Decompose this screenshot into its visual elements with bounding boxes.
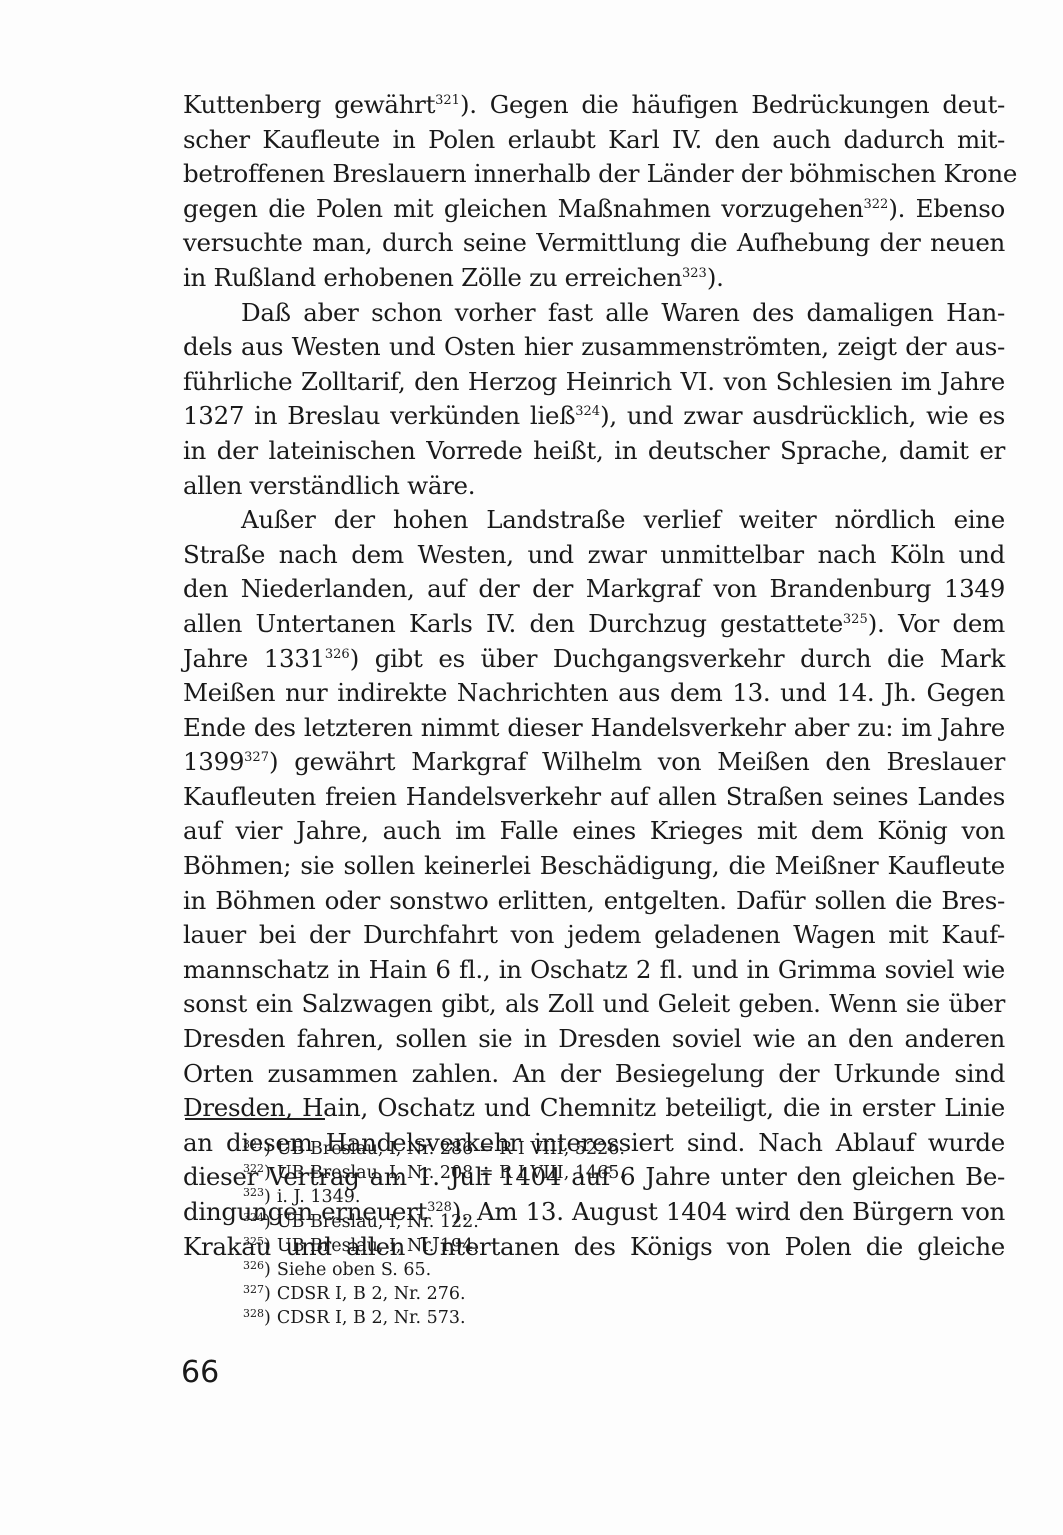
text-segment: lauer bei der Durchfahrt von jedem gelad… xyxy=(183,920,1005,949)
footnote-paren: ) xyxy=(264,1139,271,1159)
footnote-text: Siehe oben S. 65. xyxy=(277,1260,431,1280)
footnote-text: UB Breslau, I, Nr. 208 = R I VIII, 1465. xyxy=(277,1163,625,1183)
text-segment: ). Vor dem xyxy=(868,609,1005,638)
text-line: 1399327) gewährt Markgraf Wilhelm von Me… xyxy=(183,745,1005,780)
text-segment: auf vier Jahre, auch im Falle eines Krie… xyxy=(183,816,1005,845)
text-line: Jahre 1331326) gibt es über Duchgangsver… xyxy=(183,642,1005,677)
page-number: 66 xyxy=(181,1355,219,1390)
text-line: mannschatz in Hain 6 fl., in Oschatz 2 f… xyxy=(183,953,1005,988)
text-segment: in der lateinischen Vorrede heißt, in de… xyxy=(183,436,1005,465)
footnote-325: 325)UB Breslau, I, Nr. 194. xyxy=(243,1235,625,1259)
text-segment: gegen die Polen mit gleichen Maßnahmen v… xyxy=(183,194,863,223)
text-line: betroffenen Breslauern innerhalb der Län… xyxy=(183,157,1005,192)
text-line: allen verständlich wäre. xyxy=(183,469,1005,504)
text-line: in der lateinischen Vorrede heißt, in de… xyxy=(183,434,1005,469)
text-segment: ). xyxy=(707,263,724,292)
text-segment: führliche Zolltarif, den Herzog Heinrich… xyxy=(183,367,1005,396)
text-line: Böhmen; sie sollen keinerlei Beschädigun… xyxy=(183,849,1005,884)
footnote-separator-rule xyxy=(185,1118,325,1120)
text-segment: mannschatz in Hain 6 fl., in Oschatz 2 f… xyxy=(183,955,1005,984)
text-segment: Daß aber schon vorher fast alle Waren de… xyxy=(241,298,1005,327)
footnote-number: 324 xyxy=(243,1211,264,1224)
text-line: den Niederlanden, auf der der Markgraf v… xyxy=(183,572,1005,607)
footnote-328: 328)CDSR I, B 2, Nr. 573. xyxy=(243,1307,625,1331)
text-line: Meißen nur indirekte Nachrichten aus dem… xyxy=(183,676,1005,711)
text-line: sonst ein Salzwagen gibt, als Zoll und G… xyxy=(183,987,1005,1022)
text-segment: allen Untertanen Karls IV. den Durchzug … xyxy=(183,609,843,638)
text-segment: in Böhmen oder sonstwo erlitten, entgelt… xyxy=(183,886,1005,915)
footnote-paren: ) xyxy=(264,1236,271,1256)
footnote-number: 327 xyxy=(243,1283,264,1296)
footnote-327: 327)CDSR I, B 2, Nr. 276. xyxy=(243,1283,625,1307)
text-segment: sonst ein Salzwagen gibt, als Zoll und G… xyxy=(183,989,1005,1018)
text-line: in Böhmen oder sonstwo erlitten, entgelt… xyxy=(183,884,1005,919)
text-line: dels aus Westen und Osten hier zusammens… xyxy=(183,330,1005,365)
text-segment: Außer der hohen Landstraße verlief weite… xyxy=(241,505,1005,534)
text-segment: Jahre 1331 xyxy=(183,644,325,673)
text-segment: dels aus Westen und Osten hier zusammens… xyxy=(183,332,1005,361)
text-segment: ) gibt es über Duchgangsverkehr durch di… xyxy=(350,644,1005,673)
text-segment: scher Kaufleute in Polen erlaubt Karl IV… xyxy=(183,125,1005,154)
text-segment: Ende des letzteren nimmt dieser Handelsv… xyxy=(183,713,1005,742)
text-segment: ). Ebenso xyxy=(888,194,1005,223)
footnote-reference[interactable]: 324 xyxy=(575,404,600,419)
text-segment: Straße nach dem Westen, und zwar unmitte… xyxy=(183,540,1005,569)
text-segment: Böhmen; sie sollen keinerlei Beschädigun… xyxy=(183,851,1005,880)
text-line: scher Kaufleute in Polen erlaubt Karl IV… xyxy=(183,123,1005,158)
text-line: lauer bei der Durchfahrt von jedem gelad… xyxy=(183,918,1005,953)
footnote-number: 322 xyxy=(243,1162,264,1175)
footnote-paren: ) xyxy=(264,1260,271,1280)
text-line: Dresden fahren, sollen sie in Dresden so… xyxy=(183,1022,1005,1057)
text-line: versuchte man, durch seine Vermittlung d… xyxy=(183,226,1005,261)
text-line: Kuttenberg gewährt321). Gegen die häufig… xyxy=(183,88,1005,123)
footnote-text: UB Breslau, I, Nr. 122. xyxy=(277,1212,479,1232)
footnote-paren: ) xyxy=(264,1212,271,1232)
footnote-text: CDSR I, B 2, Nr. 573. xyxy=(277,1308,466,1328)
footnote-reference[interactable]: 323 xyxy=(682,266,707,281)
footnote-number: 325 xyxy=(243,1235,264,1248)
text-segment: in Rußland erhobenen Zölle zu erreichen xyxy=(183,263,682,292)
footnote-number: 326 xyxy=(243,1259,264,1272)
footnote-text: CDSR I, B 2, Nr. 276. xyxy=(277,1284,466,1304)
footnote-number: 321 xyxy=(243,1138,264,1151)
footnote-324: 324)UB Breslau, I, Nr. 122. xyxy=(243,1211,625,1235)
book-page: Kuttenberg gewährt321). Gegen die häufig… xyxy=(0,0,1063,1535)
footnote-text: i. J. 1349. xyxy=(277,1187,361,1207)
footnote-reference[interactable]: 327 xyxy=(244,750,269,765)
text-segment: ), und zwar ausdrücklich, wie es xyxy=(600,401,1005,430)
text-segment: den Niederlanden, auf der der Markgraf v… xyxy=(183,574,1005,603)
footnote-number: 328 xyxy=(243,1307,264,1320)
footnote-paren: ) xyxy=(264,1187,271,1207)
text-segment: Kuttenberg gewährt xyxy=(183,90,435,119)
text-line: Dresden, Hain, Oschatz und Chemnitz bete… xyxy=(183,1091,1005,1126)
text-segment: Orten zusammen zahlen. An der Besiegelun… xyxy=(183,1059,1005,1088)
footnote-reference[interactable]: 321 xyxy=(435,93,460,108)
text-line: allen Untertanen Karls IV. den Durchzug … xyxy=(183,607,1005,642)
text-line: führliche Zolltarif, den Herzog Heinrich… xyxy=(183,365,1005,400)
footnote-reference[interactable]: 322 xyxy=(863,197,888,212)
text-segment: ) gewährt Markgraf Wilhelm von Meißen de… xyxy=(269,747,1005,776)
text-segment: Meißen nur indirekte Nachrichten aus dem… xyxy=(183,678,1005,707)
text-line: Orten zusammen zahlen. An der Besiegelun… xyxy=(183,1057,1005,1092)
text-line: Daß aber schon vorher fast alle Waren de… xyxy=(183,296,1005,331)
text-line: Kaufleuten freien Handelsverkehr auf all… xyxy=(183,780,1005,815)
footnote-321: 321)UB Breslau, I, Nr. 286 = R I VIII, 5… xyxy=(243,1138,625,1162)
footnote-text: UB Breslau, I, Nr. 194. xyxy=(277,1236,479,1256)
footnote-paren: ) xyxy=(264,1163,271,1183)
text-segment: versuchte man, durch seine Vermittlung d… xyxy=(183,228,1005,257)
footnote-323: 323)i. J. 1349. xyxy=(243,1186,625,1210)
text-line: in Rußland erhobenen Zölle zu erreichen3… xyxy=(183,261,1005,296)
footnotes: 321)UB Breslau, I, Nr. 286 = R I VIII, 5… xyxy=(243,1138,625,1332)
footnote-322: 322)UB Breslau, I, Nr. 208 = R I VIII, 1… xyxy=(243,1162,625,1186)
text-line: gegen die Polen mit gleichen Maßnahmen v… xyxy=(183,192,1005,227)
text-segment: betroffenen Breslauern innerhalb der Län… xyxy=(183,159,1017,188)
footnote-paren: ) xyxy=(264,1308,271,1328)
text-segment: 1327 in Breslau verkünden ließ xyxy=(183,401,575,430)
footnote-paren: ) xyxy=(264,1284,271,1304)
text-line: auf vier Jahre, auch im Falle eines Krie… xyxy=(183,814,1005,849)
footnote-326: 326)Siehe oben S. 65. xyxy=(243,1259,625,1283)
footnote-reference[interactable]: 325 xyxy=(843,612,868,627)
text-line: Straße nach dem Westen, und zwar unmitte… xyxy=(183,538,1005,573)
text-segment: 1399 xyxy=(183,747,244,776)
footnote-text: UB Breslau, I, Nr. 286 = R I VIII, 5226. xyxy=(277,1139,625,1159)
footnote-reference[interactable]: 326 xyxy=(325,647,350,662)
text-segment: allen verständlich wäre. xyxy=(183,471,475,500)
text-segment: Kaufleuten freien Handelsverkehr auf all… xyxy=(183,782,1005,811)
text-segment: Dresden fahren, sollen sie in Dresden so… xyxy=(183,1024,1005,1053)
text-segment: ). Gegen die häufigen Bedrückungen deut- xyxy=(460,90,1005,119)
text-line: 1327 in Breslau verkünden ließ324), und … xyxy=(183,399,1005,434)
text-line: Ende des letzteren nimmt dieser Handelsv… xyxy=(183,711,1005,746)
text-line: Außer der hohen Landstraße verlief weite… xyxy=(183,503,1005,538)
footnote-number: 323 xyxy=(243,1186,264,1199)
body-text: Kuttenberg gewährt321). Gegen die häufig… xyxy=(183,88,1005,1264)
